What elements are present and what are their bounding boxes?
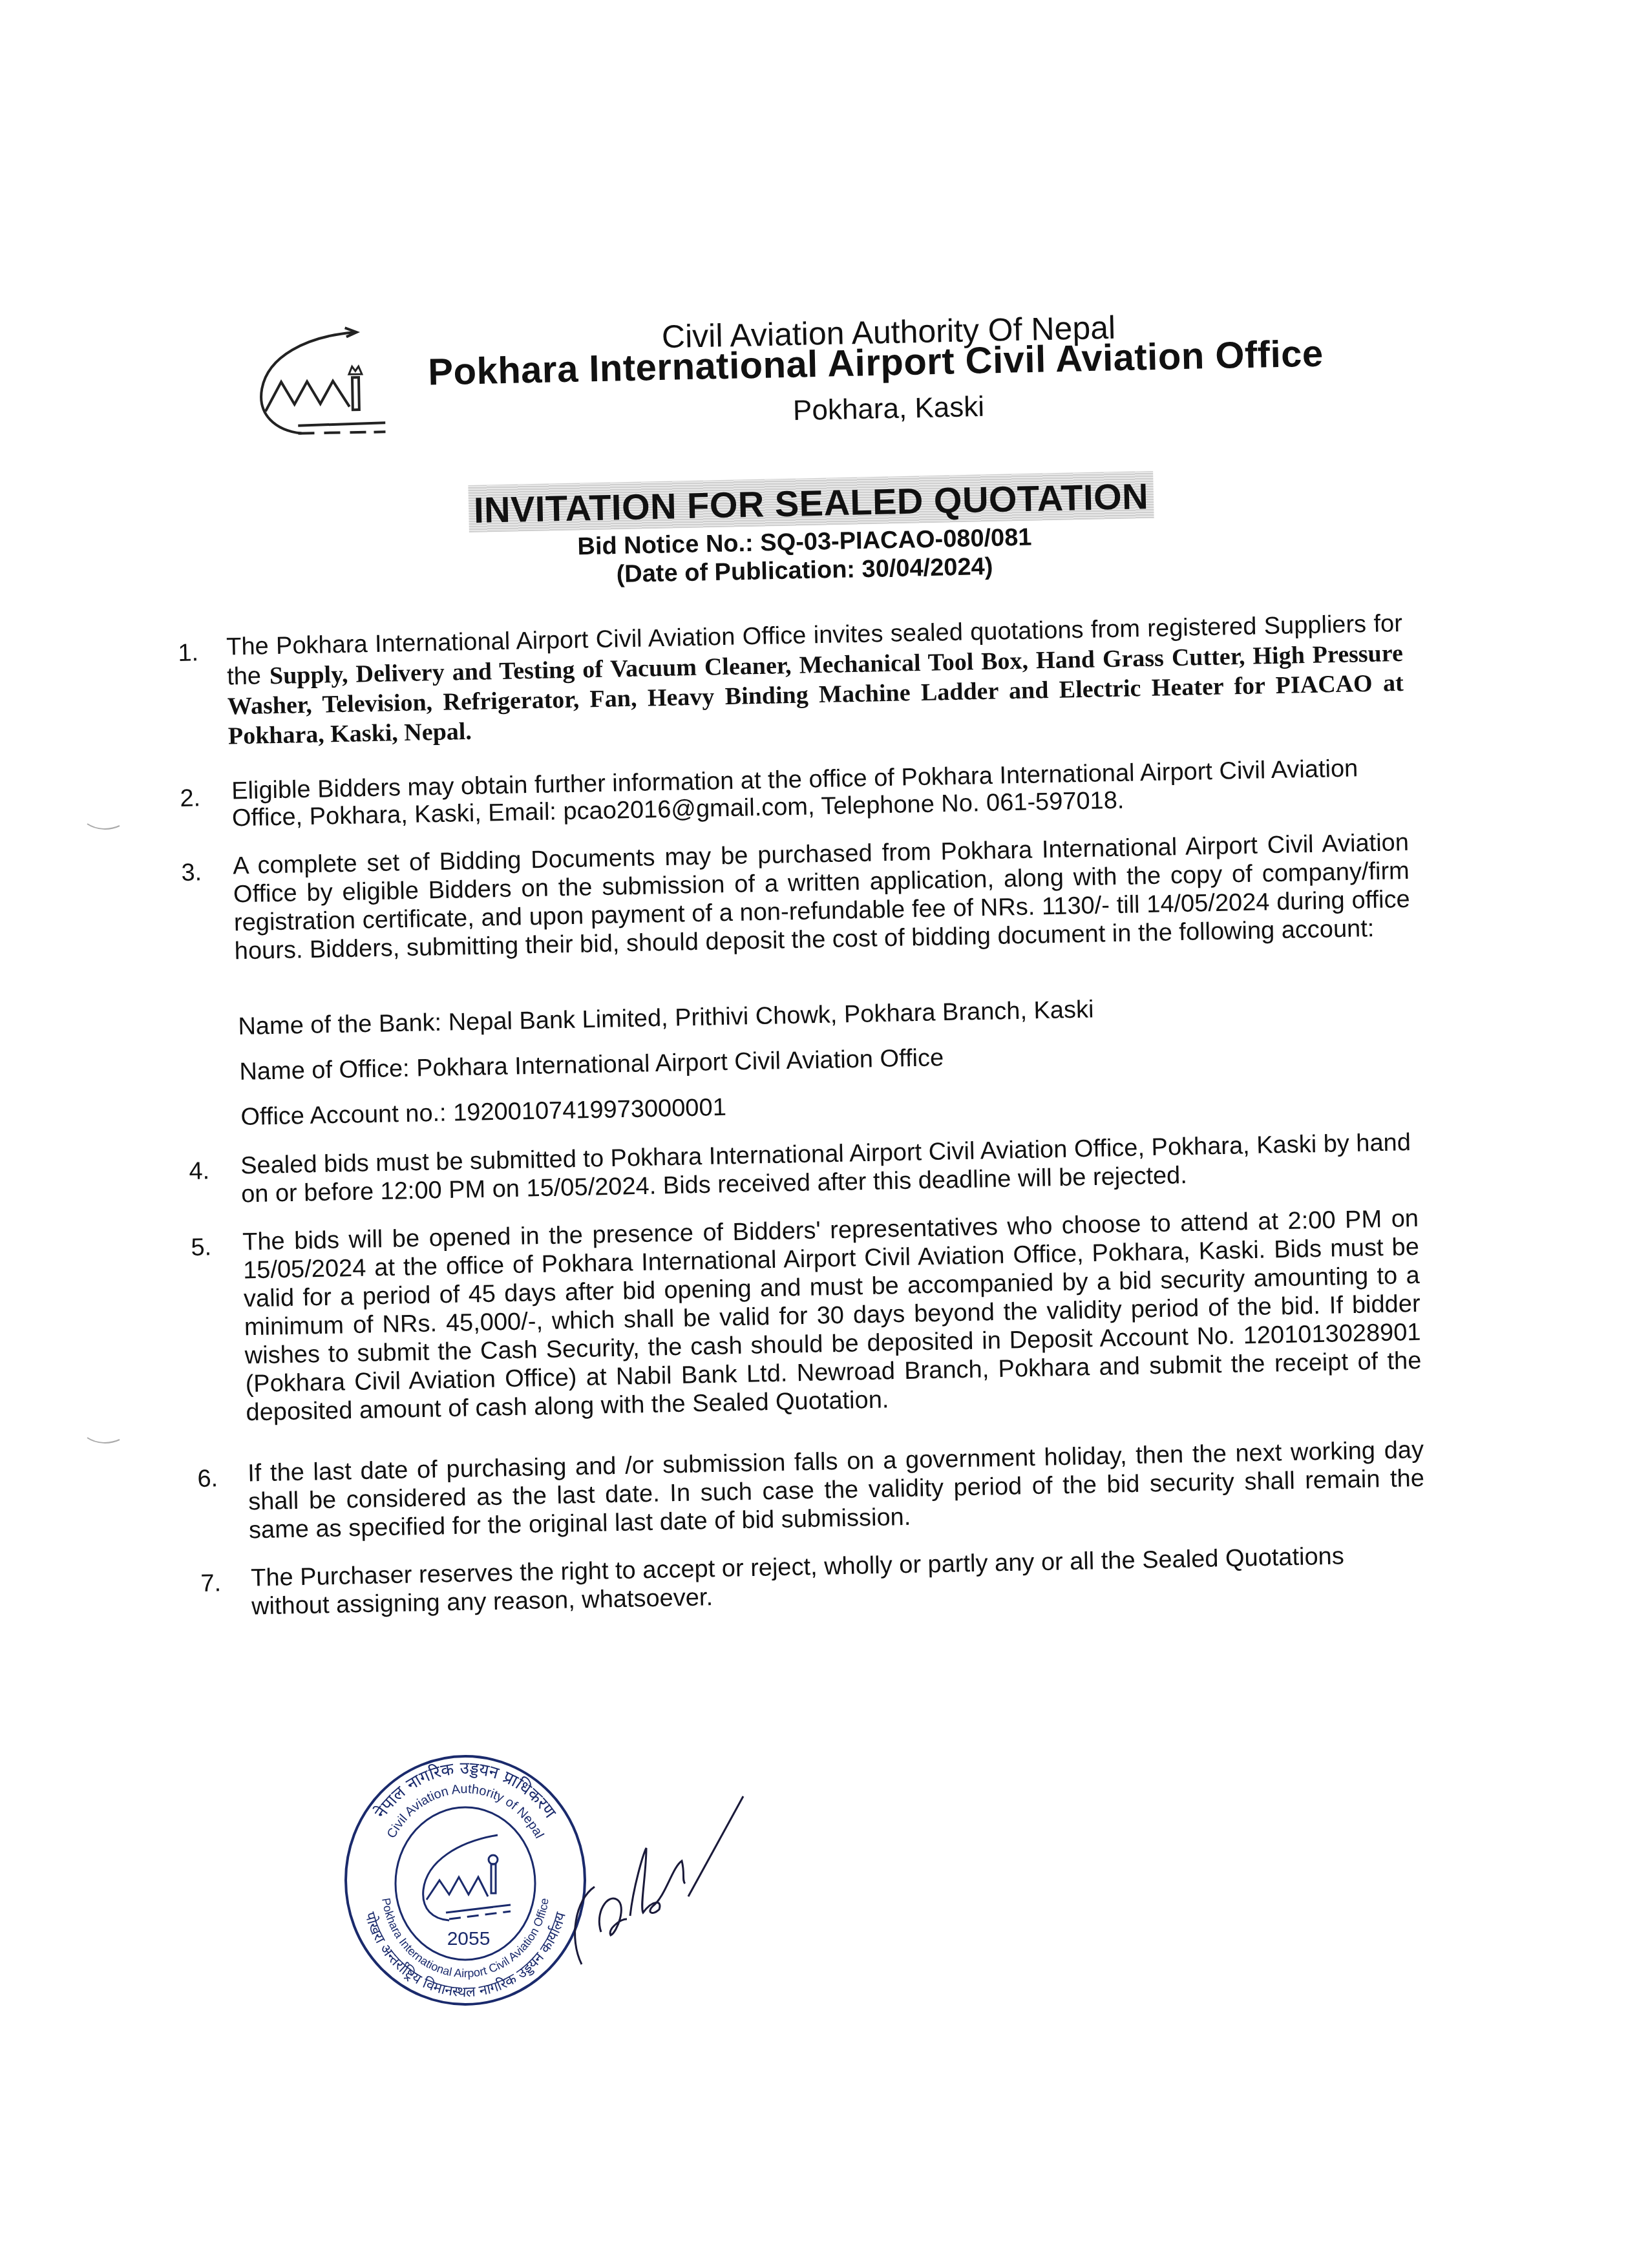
scan-artifact-icon — [84, 1434, 123, 1447]
item-text: The bids will be opened in the presence … — [242, 1204, 1422, 1427]
item-number: 7. — [200, 1570, 222, 1597]
account-office-name: Name of Office: Pokhara International Ai… — [239, 1044, 944, 1086]
bank-name: Name of the Bank: Nepal Bank Limited, Pr… — [238, 996, 1094, 1041]
item-number: 3. — [181, 859, 202, 887]
item-number: 1. — [178, 639, 199, 667]
office-account-number: Office Account no.: 19200107419973000001 — [240, 1094, 726, 1131]
item-number: 5. — [191, 1234, 212, 1261]
document-page: Civil Aviation Authority Of Nepal Pokhar… — [0, 0, 1648, 2268]
item-text: Eligible Bidders may obtain further info… — [231, 754, 1408, 832]
item-text: The Purchaser reserves the right to acce… — [251, 1540, 1428, 1621]
handwritten-signature-icon — [556, 1770, 750, 1984]
svg-text:2055: 2055 — [447, 1928, 491, 1949]
scan-artifact-icon — [84, 821, 123, 834]
item-number: 4. — [189, 1157, 210, 1185]
item-text: The Pokhara International Airport Civil … — [226, 609, 1404, 751]
item-number: 2. — [180, 784, 201, 812]
item-text: If the last date of purchasing and /or s… — [248, 1436, 1425, 1545]
item-text: A complete set of Bidding Documents may … — [233, 828, 1411, 965]
item-text: Sealed bids must be submitted to Pokhara… — [240, 1128, 1417, 1209]
item-number: 6. — [197, 1465, 218, 1493]
